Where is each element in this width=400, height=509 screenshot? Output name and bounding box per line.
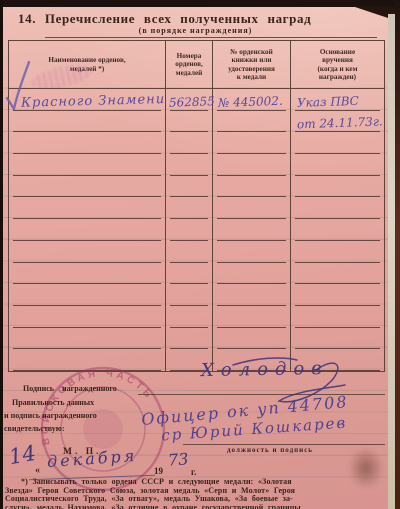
document-page: 14. Перечисление всех полученных наград … [3, 7, 388, 509]
date-day-handwriting: 14 [7, 441, 37, 469]
page-edge-white [388, 14, 395, 509]
award-name-value: Красного Знамени [9, 92, 166, 113]
table-row [9, 328, 384, 350]
date-open-quote: « [35, 465, 40, 476]
sign-label: Подпись награжденного [23, 384, 117, 393]
checkmark-icon [4, 59, 32, 115]
certify-label-line1: Правильность данных [12, 398, 94, 407]
photo-edge-left [0, 0, 3, 509]
table-row-entry: Красного Знамени 562855 № 445002. Указ П… [9, 89, 384, 111]
photo-edge-top [0, 0, 400, 7]
table-row [9, 132, 384, 154]
signature-line [138, 394, 385, 395]
table-row [9, 241, 384, 263]
basis-value-line2: от 24.11.73г. [291, 115, 383, 134]
table-row [9, 263, 384, 285]
date-year-suffix: г. [191, 467, 196, 477]
certify-label-line2: и подпись награжденного [4, 411, 97, 420]
table-row [9, 284, 384, 306]
awards-table-body: Красного Знамени 562855 № 445002. Указ П… [9, 89, 384, 371]
footnote-line: Звезда» Героя Советского Союза, золотая … [5, 487, 386, 496]
photo-edge-right [395, 0, 400, 509]
date-year-handwriting: 73 [167, 449, 189, 469]
position-label: должность и подпись [227, 446, 313, 454]
basis-value-line1: Указ ПВС [291, 94, 359, 112]
column-header-order-numbers: Номера орденов, медалей [166, 41, 213, 88]
footnote-line: слуги», медаль Нахимова, «За отличие в о… [5, 504, 386, 509]
column-header-document-number: № орденской книжки или удостоверения к м… [213, 41, 291, 88]
section-title: 14. Перечисление всех полученных наград [18, 11, 311, 27]
order-number-value: 562855 [166, 94, 215, 112]
column-header-basis: Основание вручения (когда и кем награжде… [291, 41, 384, 88]
title-underline [45, 37, 377, 38]
document-number-value: № 445002. [213, 93, 283, 111]
table-row [9, 197, 384, 219]
position-signature-line [183, 444, 385, 445]
table-row [9, 176, 384, 198]
paper-smudge [348, 447, 384, 489]
table-row: от 24.11.73г. [9, 111, 384, 133]
awards-table: Наименование орденов, медалей *) Номера … [8, 40, 385, 372]
scanned-photo: 14. Перечисление всех полученных наград … [0, 0, 400, 509]
footnote-line: Социалистического Труда, «За отвагу», ме… [5, 495, 386, 504]
date-year-prefix: 19 [154, 466, 163, 476]
footnote-line: *) Записывать только ордена СССР и следу… [5, 478, 386, 487]
table-row [9, 154, 384, 176]
section-subtitle: (в порядке награждения) [3, 26, 388, 35]
footnote: *) Записывать только ордена СССР и следу… [5, 478, 386, 509]
certify-label-line3: свидетельствую: [4, 424, 65, 433]
table-row [9, 306, 384, 328]
table-row [9, 219, 384, 241]
